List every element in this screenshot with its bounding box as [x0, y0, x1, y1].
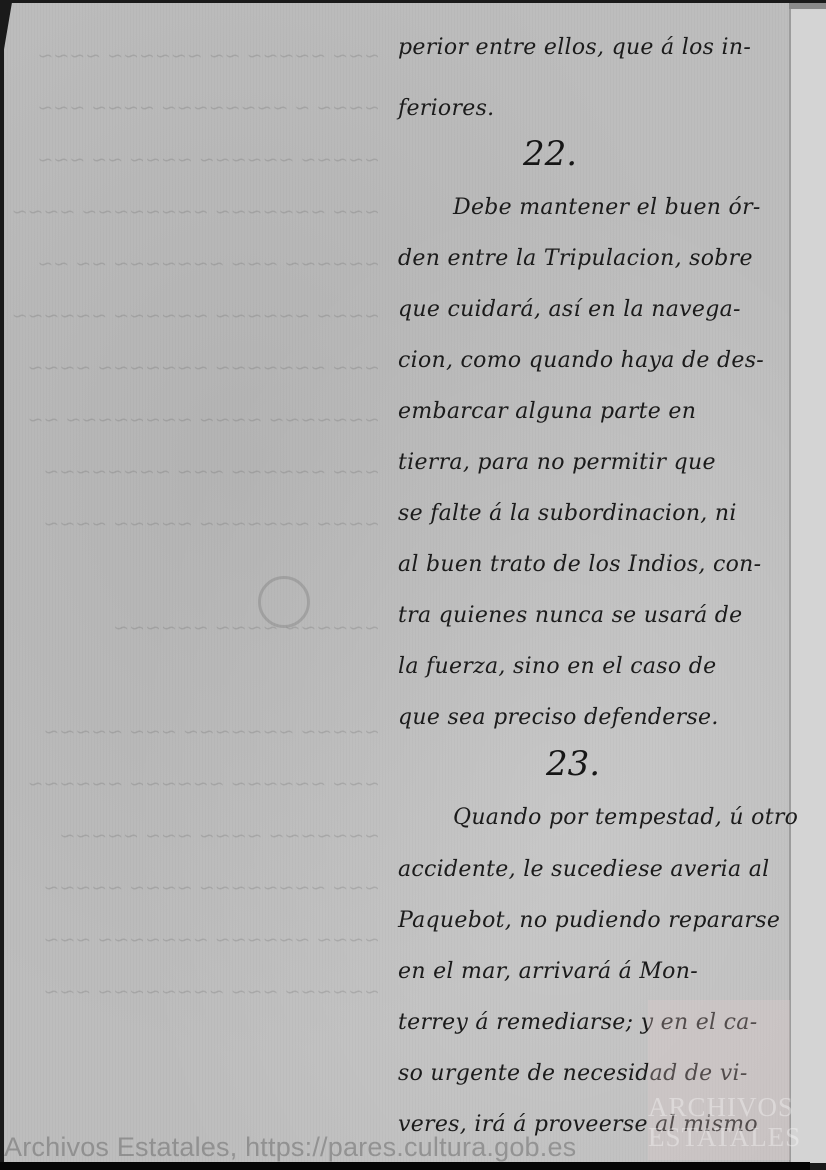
text-line: al buen trato de los Indios, con- — [398, 545, 761, 585]
section-number: 23. — [546, 744, 600, 784]
text-line: cion, como quando haya de des- — [398, 341, 764, 381]
text-line: feriores. — [398, 89, 494, 129]
stamp-circle — [258, 576, 310, 628]
text-line: embarcar alguna parte en — [398, 392, 696, 432]
scanned-page: ~~~ ~~~~~ ~~ ~~~~~~ ~~~~ ~~~~ ~ ~~~~~~~~… — [0, 0, 826, 1170]
text-line: perior entre ellos, que á los in- — [398, 28, 751, 68]
text-line: la fuerza, sino en el caso de — [398, 647, 716, 687]
text-line: Debe mantener el buen ór- — [453, 188, 761, 228]
text-line: tra quienes nunca se usará de — [398, 596, 743, 636]
facing-page-edge — [789, 3, 826, 1163]
bleed-through-text: ~~~ ~~~~~ ~~ ~~~~~~ ~~~~ ~~~~ ~ ~~~~~~~~… — [10, 30, 380, 1090]
section-number: 22. — [523, 134, 577, 174]
text-line: que sea preciso defenderse. — [398, 698, 719, 738]
watermark-logo-line: ARCHIVOS — [648, 1092, 790, 1123]
page-edge-shadow — [789, 3, 826, 9]
scan-bottom-border — [0, 1162, 810, 1170]
bleed-through-stamp — [60, 570, 380, 650]
text-line: accidente, le sucediese averia al — [398, 850, 769, 890]
text-line: tierra, para no permitir que — [398, 443, 716, 483]
text-line: que cuidará, así en la navega- — [398, 290, 741, 330]
archive-credit-watermark: Archivos Estatales, https://pares.cultur… — [4, 1132, 576, 1163]
text-line: Quando por tempestad, ú otro — [453, 798, 798, 838]
archive-watermark-logo: ARCHIVOS ESTATALES — [648, 1000, 790, 1160]
watermark-logo-line: ESTATALES — [648, 1122, 790, 1153]
text-line: den entre la Tripulacion, sobre — [398, 239, 753, 279]
text-line: se falte á la subordinacion, ni — [398, 494, 737, 534]
text-line: en el mar, arrivará á Mon- — [398, 952, 698, 992]
text-line: Paquebot, no pudiendo repararse — [398, 901, 780, 941]
